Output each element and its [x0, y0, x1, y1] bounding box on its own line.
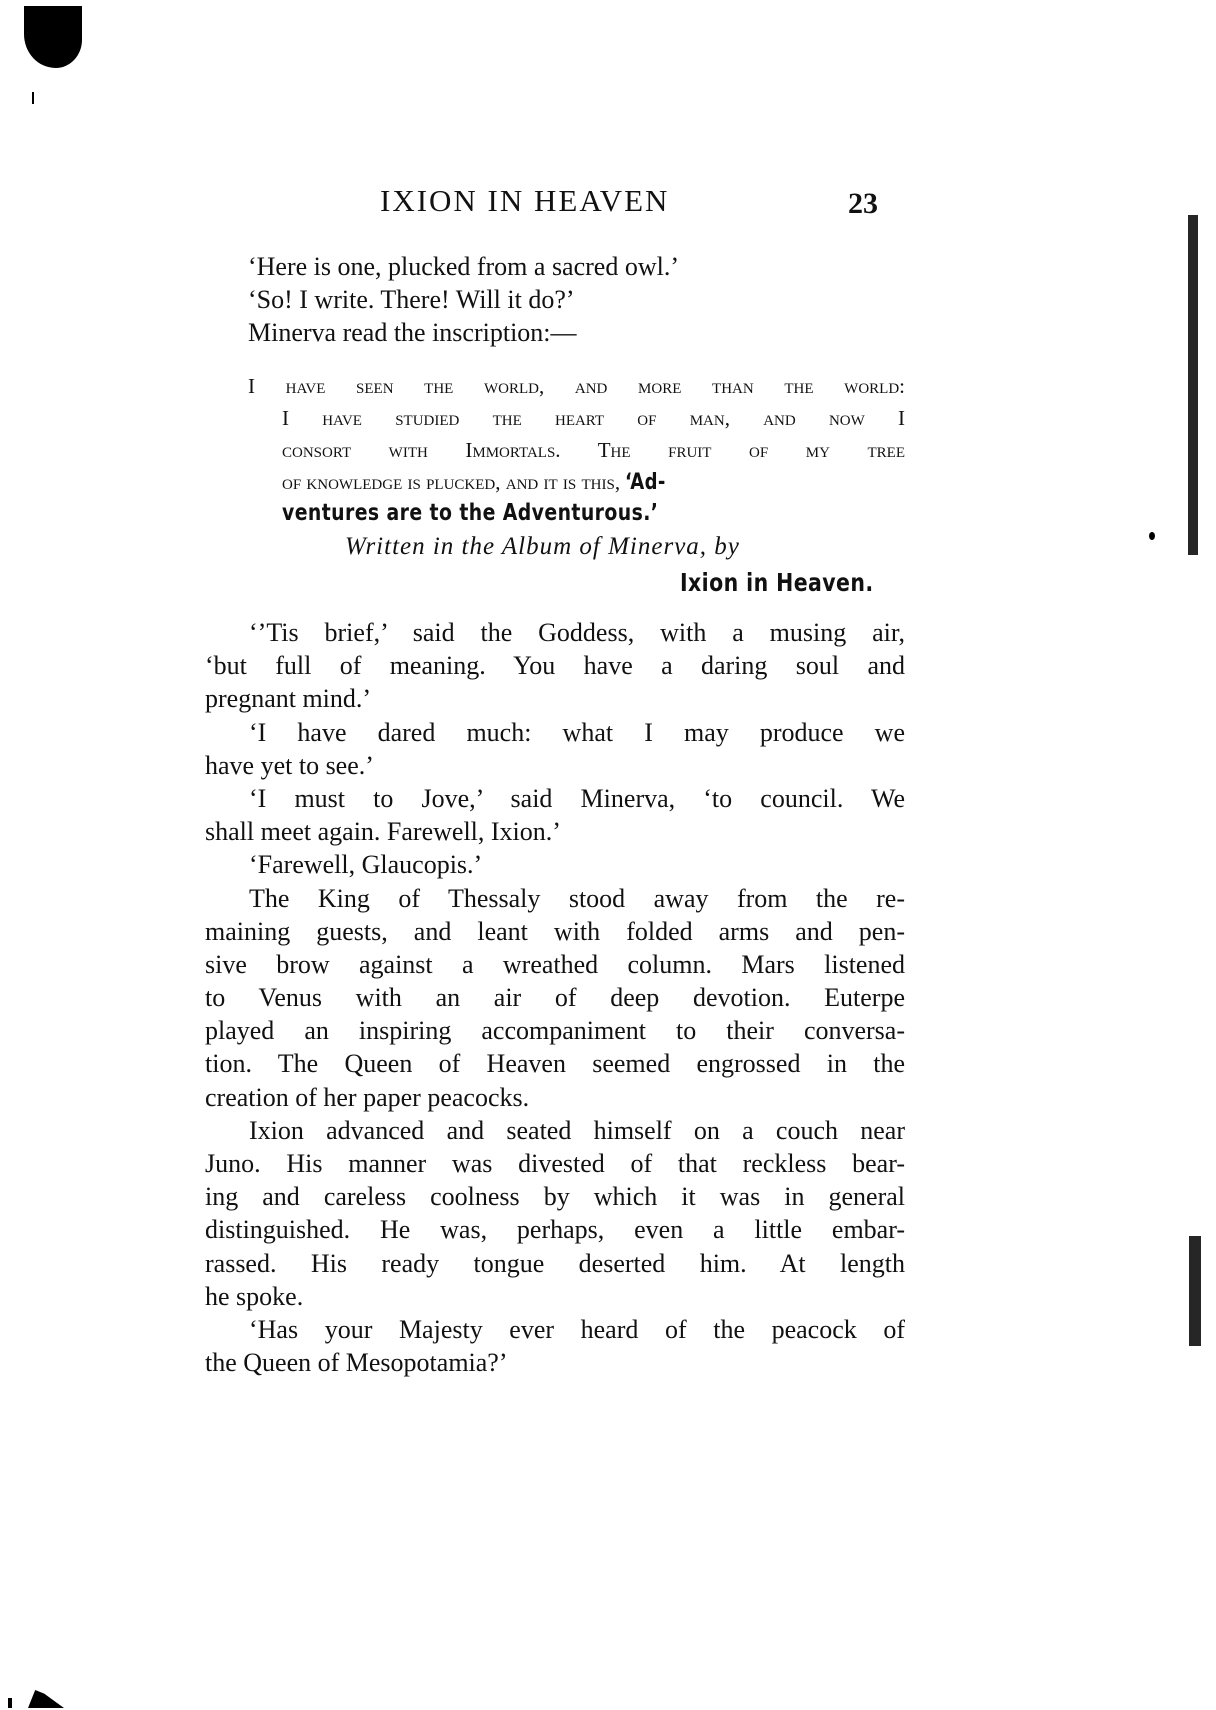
text-line: to Venus with an air of deep devotion. E…: [205, 981, 905, 1014]
scan-mark-bottom-left: [8, 1698, 12, 1708]
page-edge-shadow-right: [1188, 215, 1198, 555]
scan-mark-left: [32, 92, 34, 104]
text-line: The King of Thessaly stood away from the…: [205, 882, 905, 915]
text-line: ‘So! I write. There! Will it do?’: [248, 283, 679, 316]
page-edge-shadow-right-lower: [1189, 1236, 1201, 1346]
inscription-line: consort with Immortals. The fruit of my …: [248, 434, 905, 466]
running-head: IXION IN HEAVEN: [380, 183, 669, 219]
opening-dialogue: ‘Here is one, plucked from a sacred owl.…: [248, 250, 679, 350]
text-line: ‘Has your Majesty ever heard of the peac…: [205, 1313, 905, 1346]
blackletter-motto: ventures are to the Adventurous.’: [282, 500, 741, 526]
text-line: ‘but full of meaning. You have a daring …: [205, 649, 905, 682]
text-line: ‘I have dared much: what I may produce w…: [205, 716, 905, 749]
text-line: Ixion advanced and seated himself on a c…: [205, 1114, 905, 1147]
inscription-line: of knowledge is plucked, and it is this,…: [248, 466, 905, 498]
inscription-block: I have seen the world, and more than the…: [248, 370, 905, 498]
blackletter-motto-start: ‘Ad-: [625, 467, 666, 499]
inscription-signature: Ixion in Heaven.: [680, 568, 916, 598]
text-line: ing and careless coolness by which it wa…: [205, 1180, 905, 1213]
text-line: have yet to see.’: [205, 749, 905, 782]
text-line: he spoke.: [205, 1280, 905, 1313]
text-line: rassed. His ready tongue deserted him. A…: [205, 1247, 905, 1280]
text-line: ‘Here is one, plucked from a sacred owl.…: [248, 250, 679, 283]
text-line: ‘I must to Jove,’ said Minerva, ‘to coun…: [205, 782, 905, 815]
blackletter-motto-text: ventures are to the Adventurous.’: [282, 500, 658, 526]
inscription-attribution: Written in the Album of Minerva, by: [345, 533, 740, 561]
text-line: Juno. His manner was divested of that re…: [205, 1147, 905, 1180]
text-line: distinguished. He was, perhaps, even a l…: [205, 1213, 905, 1246]
text-line: shall meet again. Farewell, Ixion.’: [205, 815, 905, 848]
body-text: ‘’Tis brief,’ said the Goddess, with a m…: [205, 616, 905, 1379]
text-line: pregnant mind.’: [205, 682, 905, 715]
text-line: ‘’Tis brief,’ said the Goddess, with a m…: [205, 616, 905, 649]
text-line: tion. The Queen of Heaven seemed engross…: [205, 1047, 905, 1080]
inscription-line-text: of knowledge is plucked, and it is this,: [282, 470, 625, 494]
text-line: the Queen of Mesopotamia?’: [205, 1346, 905, 1379]
inscription-line: I have studied the heart of man, and now…: [248, 402, 905, 434]
scan-smudge-bottom-left: [28, 1690, 64, 1708]
text-line: Minerva read the inscription:—: [248, 316, 679, 349]
text-line: maining guests, and leant with folded ar…: [205, 915, 905, 948]
text-line: ‘Farewell, Glaucopis.’: [205, 848, 905, 881]
scan-dot: [1149, 532, 1155, 540]
inscription-line: I have seen the world, and more than the…: [248, 370, 905, 402]
text-line: played an inspiring accompaniment to the…: [205, 1014, 905, 1047]
signature-text: Ixion in Heaven.: [680, 568, 874, 597]
scan-smudge-top-left: [24, 6, 82, 68]
text-line: creation of her paper peacocks.: [205, 1081, 905, 1114]
text-line: sive brow against a wreathed column. Mar…: [205, 948, 905, 981]
page-number: 23: [848, 187, 878, 221]
